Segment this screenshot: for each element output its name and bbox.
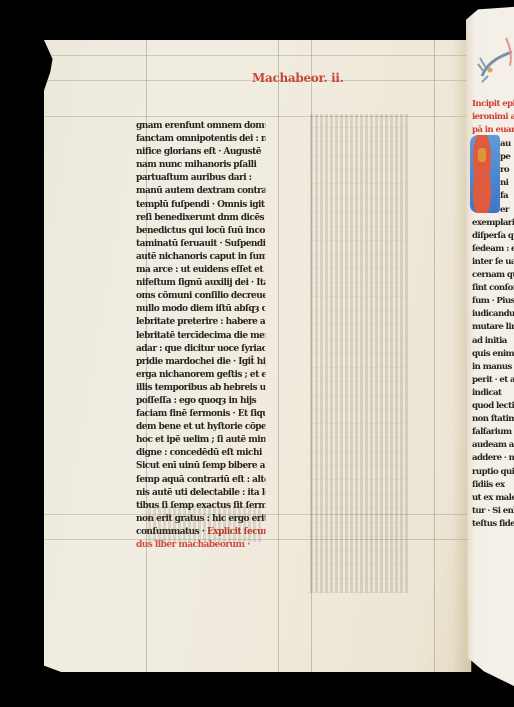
show-through-line (308, 537, 408, 551)
facing-rubric-line: ieronimi ad damaſū (472, 111, 514, 124)
show-through-line (308, 213, 408, 227)
show-through-line (308, 311, 408, 325)
show-through-line (308, 283, 408, 297)
show-through-line (308, 410, 408, 424)
facing-text-line: quis enim (472, 348, 514, 361)
text-column: gnam erenfunt omnem domūfanctam omnipote… (136, 119, 268, 551)
facing-text-line: ni (500, 177, 508, 190)
show-through-line (308, 565, 408, 579)
show-through-line (308, 297, 408, 311)
ruling-line-horizontal (44, 55, 471, 56)
show-through-line (308, 128, 408, 142)
text-line: dem bene et ut hyſtorie cōpetit (136, 420, 265, 433)
show-through-line (308, 325, 408, 339)
show-through-line (308, 269, 408, 283)
text-line: manū autem dextram contra (136, 184, 265, 197)
show-through-line (308, 551, 408, 565)
text-line: partuaſtum auribus dari : (136, 171, 265, 184)
text-line: nullo modo diem iſtū abſqȝ ce (136, 302, 265, 315)
facing-text-line: er (500, 204, 509, 217)
facing-text-line: quod lectit (472, 400, 514, 413)
text-line: gnam erenfunt omnem domū (136, 119, 265, 132)
facing-text-line: audeam ali (472, 439, 514, 452)
show-through-line (308, 396, 408, 410)
facing-text-line: ruptio qui (472, 466, 514, 479)
facing-text-line: indicat (472, 387, 501, 400)
show-through-line (308, 199, 408, 213)
text-line: pridie mardochei die · Igit̄ hijs (136, 355, 265, 368)
facing-text-line: diſperſa quaſi (472, 230, 514, 243)
facing-text-line: exemplaria ſcrip (472, 217, 514, 230)
show-through-line (308, 382, 408, 396)
facing-text-line: ſint conſona (472, 282, 514, 295)
text-line: adar : que dicitur uoce ſyriaca (136, 342, 265, 355)
text-line: reſi benedixerunt dnm dicēs : (136, 211, 265, 224)
text-line: faciam finē ſermonis · Et ſiqui (136, 407, 265, 420)
facing-text-line: fa (500, 190, 508, 203)
text-line: ma arce : ut euidens eſſet et ma (136, 263, 265, 276)
text-line: fanctam omnipotentis dei : mag (136, 132, 265, 145)
show-through-line (308, 156, 408, 170)
text-line: illis temporibus ab hebreis urbe (136, 381, 265, 394)
show-through-line (308, 579, 408, 593)
show-through-line (308, 523, 408, 537)
show-through-text-bottom (148, 506, 263, 542)
text-line: digne : concedēdū eſt michi · (136, 446, 265, 459)
show-through-line (308, 509, 408, 523)
facing-text-line: mutare lin (472, 321, 514, 334)
show-through-line (308, 424, 408, 438)
show-through-line (308, 354, 408, 368)
text-line: nis autē uti delectabile : ita legē (136, 486, 265, 499)
text-line: poſſeſſa : ego quoqȝ in hijs (136, 394, 265, 407)
show-through-line (308, 114, 408, 128)
facing-text-line: ſidiis ex (472, 479, 505, 492)
ruling-line-vertical (434, 40, 435, 672)
facing-text-line: addere · mu (472, 452, 514, 465)
facing-text-line: iudicandus (472, 308, 514, 321)
facing-text-line: ro (500, 164, 509, 177)
flourish-ornament-icon (476, 36, 514, 84)
show-through-line (308, 142, 408, 156)
show-through-line (308, 241, 408, 255)
text-line: benedictus qui locū ſuū incon (136, 224, 265, 237)
text-line: taminatū ſeruauit · Suſpendit (136, 237, 265, 250)
facing-text-line: tur · Si enī la (472, 505, 514, 518)
initial-gold-accent (478, 148, 486, 162)
text-line: nifice glorians eſt · Augustē (136, 145, 265, 158)
text-line: lebritatē tercīdecima die menſis (136, 329, 265, 342)
facing-text-line: non ſtatim (472, 413, 514, 426)
facing-text-line: ſum · Pius la (472, 295, 514, 308)
text-line: oms cōmuni conſilio decreuerūt (136, 289, 265, 302)
facing-text-line: teſtus fides eſt (472, 518, 514, 531)
facing-page: Incipit epiſtola btiieronimi ad damaſūpā… (466, 6, 514, 692)
facing-text-line: cernam que (472, 269, 514, 282)
text-line: templū fuſpendi · Omnis igit (136, 198, 265, 211)
show-through-line (308, 255, 408, 269)
text-line: autē nichanoris caput in ſum (136, 250, 265, 263)
facing-text-line: falſarium (472, 426, 512, 439)
ruling-line-vertical (278, 40, 279, 672)
show-through-line (308, 170, 408, 184)
show-through-line (308, 452, 408, 466)
facing-rubric-line: Incipit epiſtola bti (472, 98, 514, 111)
show-through-line (308, 184, 408, 198)
facing-text-line: ut ex maledicis (472, 492, 514, 505)
text-line: ſemp aquā contrariū eſt : alter (136, 473, 265, 486)
illuminated-initial (470, 135, 500, 213)
show-through-line (308, 438, 408, 452)
facing-text-line: pe (500, 151, 510, 164)
facing-text-line: au (500, 138, 511, 151)
text-line: nifeſtum ſignū auxilij dei · Itaqȝ (136, 276, 265, 289)
show-through-line (308, 480, 408, 494)
show-through-line (308, 340, 408, 354)
show-through-line (308, 466, 408, 480)
running-head: Machabeor. ii. (252, 71, 344, 85)
text-line: hoc et ipē uelim ; ſi autē minus (136, 433, 265, 446)
facing-text-line: ſedeam : et qui (472, 243, 514, 256)
text-line: Sicut enī uinū ſemp bibere aut (136, 459, 265, 472)
text-line: lebritate preterire : habere autē ce (136, 315, 265, 328)
show-through-line (308, 368, 408, 382)
show-through-line (308, 227, 408, 241)
facing-text-line: perit · et a (472, 374, 514, 387)
text-line: nam nunc mihanoris pſalli (136, 158, 265, 171)
show-through-text (308, 114, 408, 593)
manuscript-page: Machabeor. ii. gnam erenfunt omnem domūf… (44, 40, 471, 672)
facing-text-line: inter ſe uariar (472, 256, 514, 269)
facing-text-line: in manus (472, 361, 512, 374)
text-line: erga nichanorem geſtis ; et ex (136, 368, 265, 381)
show-through-line (308, 495, 408, 509)
facing-text-line: ad initia (472, 335, 507, 348)
